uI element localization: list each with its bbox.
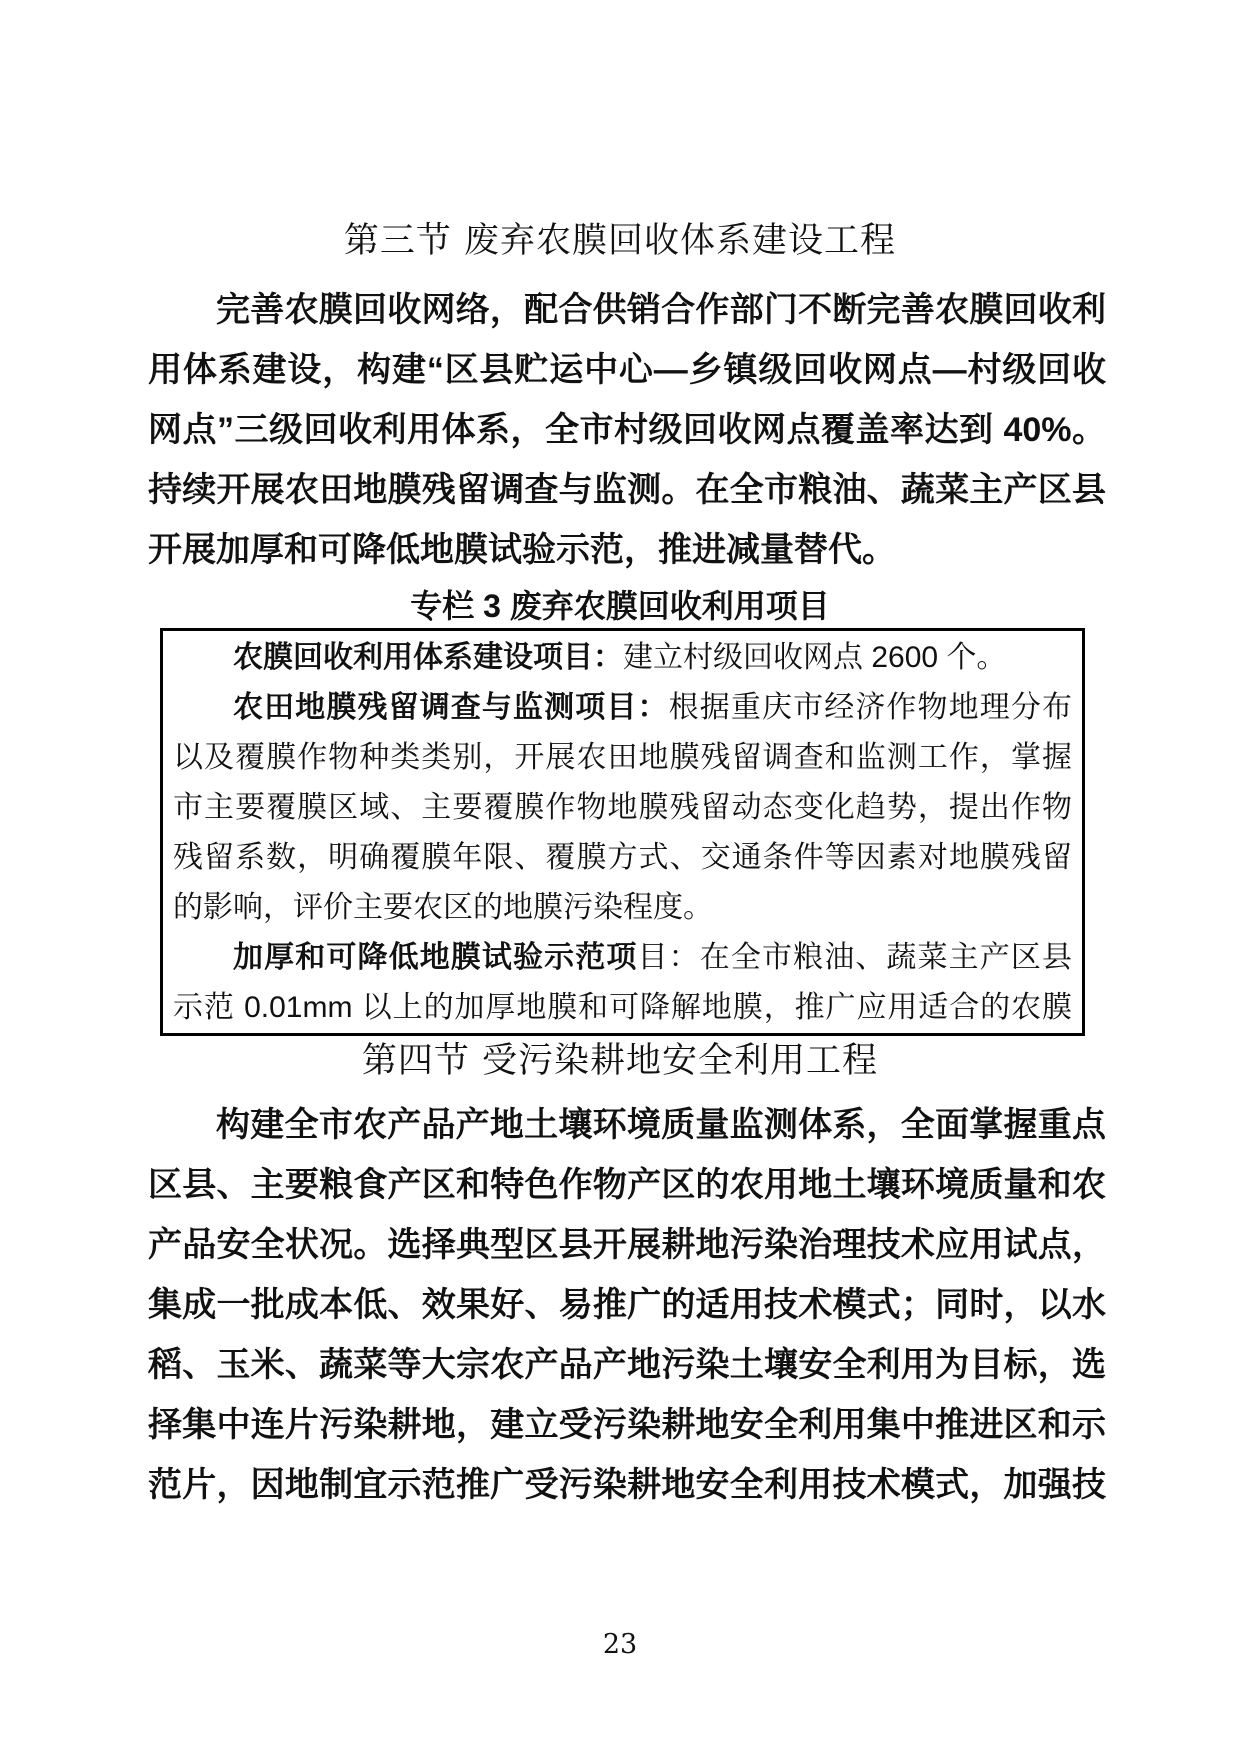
panel-line: 残留系数，明确覆膜年限、覆膜方式、交通条件等因素对地膜残留污染 xyxy=(173,833,1072,883)
panel-line-text: 示范 0.01mm 以上的加厚地膜和可降解地膜，推广应用适合的农膜技术。 xyxy=(173,991,1072,1033)
panel-line-text: 市主要覆膜区域、主要覆膜作物地膜残留动态变化趋势，提出作物地膜 xyxy=(173,791,1072,833)
panel-line: 农田地膜残留调查与监测项目：根据重庆市经济作物地理分布状况 xyxy=(173,683,1072,733)
paragraph-line: 持续开展农田地膜残留调查与监测。在全市粮油、蔬菜主产区县 xyxy=(148,460,1106,520)
paragraph-line: 范片，因地制宜示范推广受污染耕地安全利用技术模式，加强技 xyxy=(148,1455,1106,1515)
paragraph-line: 产品安全状况。选择典型区县开展耕地污染治理技术应用试点， xyxy=(148,1215,1106,1275)
paragraph-line: 用体系建设，构建“区县贮运中心—乡镇级回收网点—村级回收 xyxy=(148,340,1106,400)
paragraph-line: 完善农膜回收网络，配合供销合作部门不断完善农膜回收利 xyxy=(148,280,1106,340)
panel-3-box: 农膜回收利用体系建设项目：建立村级回收网点 2600 个。 农田地膜残留调查与监… xyxy=(160,628,1085,1036)
panel-line-text: 残留系数，明确覆膜年限、覆膜方式、交通条件等因素对地膜残留污染 xyxy=(173,841,1072,883)
paragraph-line: 网点”三级回收利用体系，全市村级回收网点覆盖率达到 40%。 xyxy=(148,400,1106,460)
section-3-paragraph: 完善农膜回收网络，配合供销合作部门不断完善农膜回收利 用体系建设，构建“区县贮运… xyxy=(148,280,1106,580)
panel-line: 农膜回收利用体系建设项目：建立村级回收网点 2600 个。 xyxy=(173,633,1072,683)
page-number: 23 xyxy=(0,1628,1240,1662)
panel-line-text: 的影响，评价主要农区的地膜污染程度。 xyxy=(173,891,713,924)
panel-line-lead: 加厚和可降低地膜试验示范项 xyxy=(233,941,638,974)
paragraph-line: 开展加厚和可降低地膜试验示范，推进减量替代。 xyxy=(148,520,1106,580)
paragraph-line: 区县、主要粮食产区和特色作物产区的农用地土壤环境质量和农 xyxy=(148,1155,1106,1215)
panel-line: 示范 0.01mm 以上的加厚地膜和可降解地膜，推广应用适合的农膜技术。 xyxy=(173,983,1072,1033)
panel-line: 以及覆膜作物种类类别，开展农田地膜残留调查和监测工作，掌握重庆 xyxy=(173,733,1072,783)
panel-line-text: 以及覆膜作物种类类别，开展农田地膜残留调查和监测工作，掌握重庆 xyxy=(173,741,1072,783)
panel-line-lead: 农膜回收利用体系建设项目： xyxy=(233,641,623,674)
paragraph-line: 构建全市农产品产地土壤环境质量监测体系，全面掌握重点 xyxy=(148,1095,1106,1155)
section-3-heading: 第三节 废弃农膜回收体系建设工程 xyxy=(0,218,1240,264)
document-page: 第三节 废弃农膜回收体系建设工程 完善农膜回收网络，配合供销合作部门不断完善农膜… xyxy=(0,0,1240,1754)
panel-line: 加厚和可降低地膜试验示范项目：在全市粮油、蔬菜主产区县试验 xyxy=(173,933,1072,983)
section-4-paragraph: 构建全市农产品产地土壤环境质量监测体系，全面掌握重点 区县、主要粮食产区和特色作… xyxy=(148,1095,1106,1515)
panel-line: 市主要覆膜区域、主要覆膜作物地膜残留动态变化趋势，提出作物地膜 xyxy=(173,783,1072,833)
paragraph-line: 择集中连片污染耕地，建立受污染耕地安全利用集中推进区和示 xyxy=(148,1395,1106,1455)
section-4-heading: 第四节 受污染耕地安全利用工程 xyxy=(0,1038,1240,1084)
paragraph-line: 集成一批成本低、效果好、易推广的适用技术模式；同时，以水 xyxy=(148,1275,1106,1335)
paragraph-line: 稻、玉米、蔬菜等大宗农产品产地污染土壤安全利用为目标，选 xyxy=(148,1335,1106,1395)
panel-line-lead: 农田地膜残留调查与监测项目： xyxy=(233,691,669,724)
panel-3-title: 专栏 3 废弃农膜回收利用项目 xyxy=(0,583,1240,629)
panel-line: 的影响，评价主要农区的地膜污染程度。 xyxy=(173,883,1072,933)
panel-line-text: 建立村级回收网点 2600 个。 xyxy=(623,641,1006,674)
